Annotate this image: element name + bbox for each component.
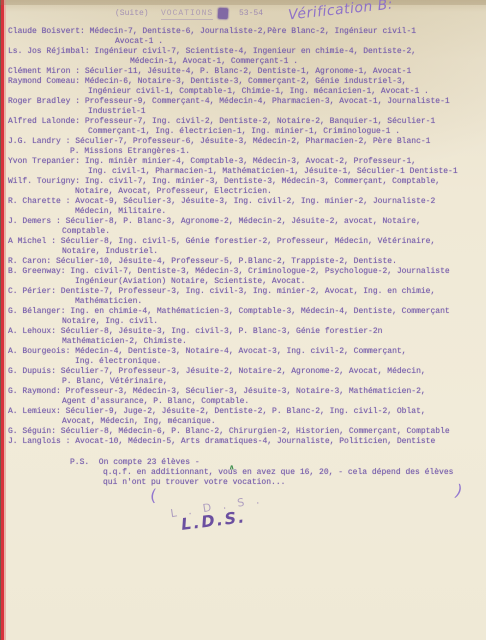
typed-line: J.G. Landry : Séculier-7, Professeur-6, …: [8, 137, 482, 147]
typed-line: R. Caron: Séculier-10, Jésuite-4, Profes…: [8, 257, 482, 267]
typed-line: Yvon Trepanier: Ing. minièr minier-4, Co…: [8, 157, 482, 167]
postscript-block: P.S. On compte 23 élèves - q.q.f. en add…: [8, 458, 482, 488]
typed-line: J. Langlois : Avocat-10, Médecin-5, Arts…: [8, 437, 482, 447]
typed-line: Médecin, Militaire.: [8, 207, 482, 217]
typed-line: P. Blanc, Vétérinaire,: [8, 377, 482, 387]
vocation-list: Claude Boisvert: Médecin-7, Dentiste-6, …: [8, 27, 482, 447]
postscript-line: P.S. On compte 23 élèves -: [8, 458, 482, 468]
typed-line: Roger Bradley : Professeur-9, Commerçant…: [8, 97, 482, 107]
typed-line: Agent d'assurance, P. Blanc, Comptable.: [8, 397, 482, 407]
typed-line: B. Greenway: Ing. civil-7, Dentiste-3, M…: [8, 267, 482, 277]
handwritten-paren-open: (: [149, 486, 158, 506]
typed-line: Avocat, Médecin, Ing, mécanique.: [8, 417, 482, 427]
typed-line: Wilf. Tourigny: Ing. civil-7, Ing. minie…: [8, 177, 482, 187]
typed-line: Ing. civil-1, Pharmacien-1, Mathématicie…: [8, 167, 482, 177]
typed-line: R. Charette : Avocat-9, Séculier-3, Jésu…: [8, 197, 482, 207]
typed-line: G. Séguin: Séculier-8, Médecin-6, P. Bla…: [8, 427, 482, 437]
typed-line: P. Missions Etrangères-1.: [8, 147, 482, 157]
typed-line: Mathématicien.: [8, 297, 482, 307]
typed-line: C. Périer: Dentiste-7, Professeur-3, Ing…: [8, 287, 482, 297]
typed-line: Notaire, Avocat, Professeur, Electricien…: [8, 187, 482, 197]
typed-line: Commerçant-1, Ing. électricien-1, Ing. m…: [8, 127, 482, 137]
typed-line: Ingénieur(Aviation) Notaire, Scientiste,…: [8, 277, 482, 287]
typed-line: J. Demers : Séculier-8, P. Blanc-3, Agro…: [8, 217, 482, 227]
header-year-label: 53-54: [239, 9, 263, 18]
typed-line: A. Bourgeois: Médecin-4, Dentiste-3, Not…: [8, 347, 482, 357]
typed-line: A. Lehoux: Séculier-8, Jésuite-3, Ing. c…: [8, 327, 482, 337]
header-suite-label: (Suite): [115, 9, 149, 18]
typed-line: Alfred Lalonde: Professeur-7, Ing. civil…: [8, 117, 482, 127]
postscript-line: qui n'ont pu trouver votre vocation...: [8, 478, 482, 488]
typed-line: A Michel : Séculier-8, Ing. civil-5, Gén…: [8, 237, 482, 247]
typed-line: A. Lemieux: Séculier-9, Juge-2, Jésuite-…: [8, 407, 482, 417]
typewritten-document-page: (Suite) VOCATIONS 53-54 Vérification B: …: [0, 0, 486, 640]
typed-line: Ingénieur civil-1, Comptable-1, Chimie-1…: [8, 87, 482, 97]
typed-line: Raymond Comeau: Médecin-6, Notaire-3, De…: [8, 77, 482, 87]
typed-line: Comptable.: [8, 227, 482, 237]
typed-line: Clément Miron : Séculier-11, Jésuite-4, …: [8, 67, 482, 77]
typed-line: G. Raymond: Professeur-3, Médecin-3, Séc…: [8, 387, 482, 397]
scan-top-shade: [0, 0, 486, 5]
postscript-line: q.q.f. en additionnant, vous en avez que…: [8, 468, 482, 478]
green-insert-caret-mark: ∧: [229, 464, 234, 472]
page-title: VOCATIONS: [161, 9, 213, 20]
typed-line: Notaire, Industriel.: [8, 247, 482, 257]
typed-line: Notaire, Ing. civil.: [8, 317, 482, 327]
typed-line: Ls. Jos Réjimbal: Ingénieur civil-7, Sci…: [8, 47, 482, 57]
scan-edge-strip: [0, 0, 7, 640]
typed-line: Médecin-1, Avocat-1, Commerçant-1 .: [8, 57, 482, 67]
typed-line: Ing. électronique.: [8, 357, 482, 367]
stamp-icon: [218, 8, 229, 20]
handwritten-paren-close: ): [455, 481, 463, 501]
typed-line: Avocat-1 .: [8, 37, 482, 47]
typed-line: G. Bélanger: Ing. en chimie-4, Mathémati…: [8, 307, 482, 317]
typed-line: Claude Boisvert: Médecin-7, Dentiste-6, …: [8, 27, 482, 37]
typed-line: Industriel-1: [8, 107, 482, 117]
typed-line: Mathématicien-2, Chimiste.: [8, 337, 482, 347]
typed-line: G. Dupuis: Séculier-7, Professeur-3, Jés…: [8, 367, 482, 377]
